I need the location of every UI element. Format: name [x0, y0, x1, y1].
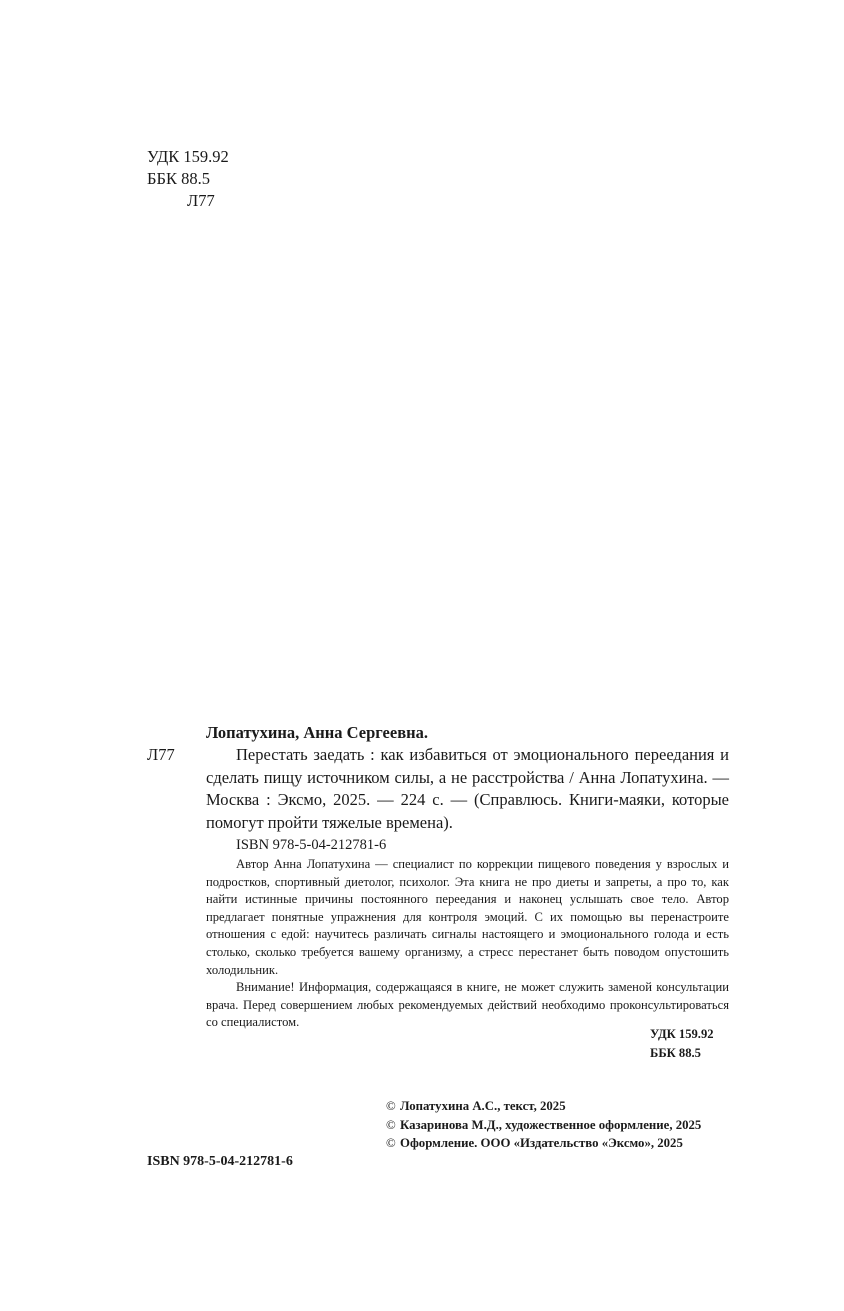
annotation: Автор Анна Лопатухина — специалист по ко…: [206, 856, 729, 1032]
isbn-bottom: ISBN 978-5-04-212781-6: [147, 1153, 293, 1172]
copyright-text: Казаринова М.Д., художественное оформлен…: [400, 1116, 701, 1135]
bbk-code-footer: ББК 88.5: [650, 1044, 714, 1063]
copyright-text: Оформление. ООО «Издательство «Эксмо», 2…: [400, 1134, 683, 1153]
copyright-block: © Лопатухина А.С., текст, 2025 © Казарин…: [386, 1097, 731, 1153]
copyright-line: © Оформление. ООО «Издательство «Эксмо»,…: [386, 1134, 731, 1153]
author-mark: Л77: [147, 190, 229, 212]
copyright-icon: ©: [386, 1116, 400, 1135]
bbk-code: ББК 88.5: [147, 168, 229, 190]
copyright-text: Лопатухина А.С., текст, 2025: [400, 1097, 566, 1116]
classification-codes-footer: УДК 159.92 ББК 88.5: [650, 1025, 714, 1063]
udk-code-footer: УДК 159.92: [650, 1025, 714, 1044]
catalog-description: Перестать заедать : как избавиться от эм…: [206, 744, 729, 834]
classification-codes-header: УДК 159.92 ББК 88.5 Л77: [147, 146, 229, 212]
copyright-icon: ©: [386, 1134, 400, 1153]
copyright-icon: ©: [386, 1097, 400, 1116]
catalog-author-mark: Л77: [147, 744, 175, 766]
annotation-paragraph: Автор Анна Лопатухина — специалист по ко…: [206, 856, 729, 979]
copyright-line: © Казаринова М.Д., художественное оформл…: [386, 1116, 731, 1135]
udk-code: УДК 159.92: [147, 146, 229, 168]
copyright-line: © Лопатухина А.С., текст, 2025: [386, 1097, 731, 1116]
catalog-isbn: ISBN 978-5-04-212781-6: [236, 835, 386, 855]
catalog-author: Лопатухина, Анна Сергеевна.: [206, 722, 428, 744]
